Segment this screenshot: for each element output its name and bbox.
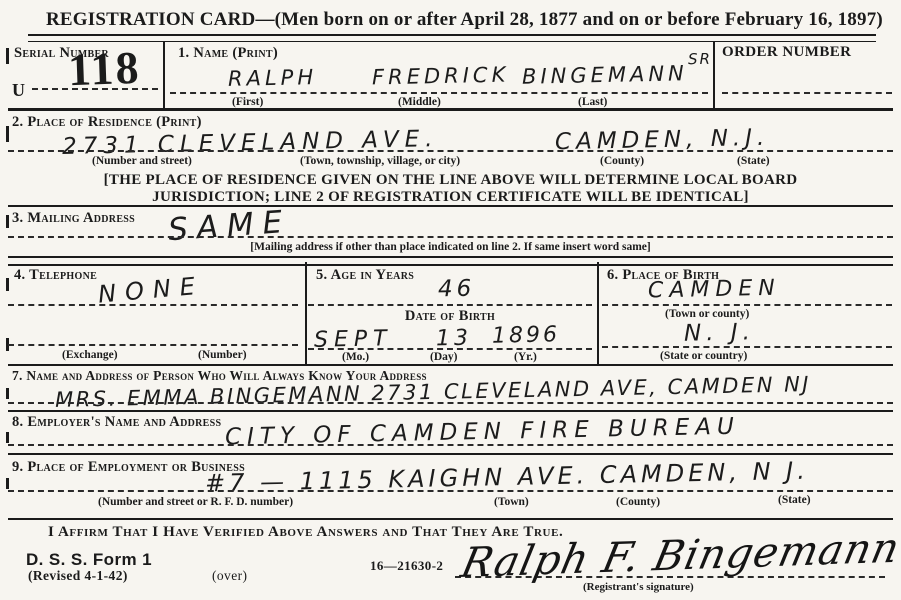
mailing-label: 3. Mailing Address — [12, 210, 135, 227]
name-sublabel-last: (Last) — [578, 96, 607, 108]
header-double-rule — [28, 34, 876, 42]
age-label: 5. Age in Years — [316, 267, 414, 284]
name-sublabel-middle: (Middle) — [398, 96, 441, 108]
residence-sublabel-county: (County) — [600, 155, 644, 167]
birth-town-sublabel: (Town or county) — [665, 308, 749, 320]
name-middle-value: FREDRICK — [372, 63, 510, 90]
dob-sublabel-day: (Day) — [430, 351, 457, 363]
telephone-label: 4. Telephone — [14, 267, 97, 284]
serial-prefix: U — [12, 80, 25, 101]
rule-notice-bottom — [8, 205, 893, 207]
divider-serial-name — [163, 41, 165, 109]
residence-label: 2. Place of Residence (Print) — [12, 114, 202, 131]
mailing-sublabel: [Mailing address if other than place ind… — [0, 241, 901, 253]
employment-sublabel-state: (State) — [778, 494, 811, 506]
residence-sublabel-street: (Number and street) — [92, 155, 192, 167]
rule-row8-bottom — [8, 453, 893, 455]
card-edge-mark — [6, 478, 9, 489]
name-write-line — [170, 92, 708, 94]
jurisdiction-notice-line1: [THE PLACE OF RESIDENCE GIVEN ON THE LIN… — [0, 172, 901, 189]
registration-card: REGISTRATION CARD—(Men born on or after … — [0, 0, 901, 600]
birth-state-sublabel: (State or country) — [660, 350, 747, 362]
card-edge-mark — [6, 215, 9, 228]
name-last-value: BINGEMANN — [522, 61, 688, 88]
card-edge-mark — [6, 278, 9, 291]
card-edge-mark — [6, 126, 9, 142]
employment-write-line — [8, 490, 893, 492]
birth-town-write-line — [602, 304, 892, 306]
birth-town-value: CAMDEN — [648, 276, 781, 304]
employment-sublabel-county: (County) — [616, 496, 660, 508]
dob-sublabel-year: (Yr.) — [514, 351, 537, 363]
dob-sublabel-month: (Mo.) — [342, 351, 369, 363]
birth-state-value: N. J. — [684, 319, 755, 346]
divider-name-order — [713, 41, 715, 109]
divider-age-birth — [597, 262, 599, 364]
telephone-write-line-1 — [8, 304, 298, 306]
employer-label: 8. Employer's Name and Address — [12, 414, 221, 431]
jurisdiction-notice-line2: JURISDICTION; LINE 2 OF REGISTRATION CER… — [0, 189, 901, 206]
employer-write-line — [8, 444, 893, 446]
rule-row9-bottom — [8, 518, 893, 520]
employment-sublabel-street: (Number and street or R. F. D. number) — [98, 496, 293, 508]
mailing-write-line — [8, 236, 893, 238]
dob-write-line — [308, 348, 592, 350]
serial-write-line — [32, 88, 158, 90]
telephone-value: NONE — [97, 271, 205, 308]
residence-sublabel-town: (Town, township, village, or city) — [300, 155, 460, 167]
order-number-write-line — [722, 92, 892, 94]
residence-sublabel-state: (State) — [737, 155, 770, 167]
rule-row456-bottom — [8, 364, 893, 366]
name-sublabel-first: (First) — [232, 96, 263, 108]
card-edge-mark — [6, 388, 9, 399]
order-number-label: Order Number — [722, 44, 851, 61]
contact-write-line — [8, 402, 893, 404]
telephone-sublabel-number: (Number) — [198, 349, 247, 361]
print-code: 16—21630-2 — [370, 558, 443, 574]
form-revision: (Revised 4-1-42) — [28, 568, 128, 584]
rule-row1-bottom — [8, 108, 893, 111]
telephone-write-line-2 — [8, 344, 298, 346]
signature-sublabel: (Registrant's signature) — [583, 581, 694, 593]
card-edge-mark — [6, 48, 9, 64]
age-write-line — [308, 304, 592, 306]
form-number: D. S. S. Form 1 — [26, 550, 152, 570]
rule-mailing-bottom — [8, 256, 893, 266]
name-label: 1. Name (Print) — [178, 45, 278, 62]
rule-row7-bottom — [8, 410, 893, 412]
card-title: REGISTRATION CARD—(Men born on or after … — [46, 9, 883, 31]
residence-write-line — [8, 150, 893, 152]
name-first-value: RALPH — [228, 65, 318, 91]
age-value: 46 — [438, 276, 476, 303]
employment-sublabel-town: (Town) — [494, 496, 529, 508]
name-suffix-value: SR — [688, 50, 712, 68]
dob-year-value: 1896 — [492, 322, 561, 348]
telephone-sublabel-exchange: (Exchange) — [62, 349, 118, 361]
card-edge-mark — [6, 432, 9, 443]
divider-telephone-age — [305, 262, 307, 364]
over-note: (over) — [212, 568, 247, 584]
birth-state-write-line — [602, 346, 892, 348]
